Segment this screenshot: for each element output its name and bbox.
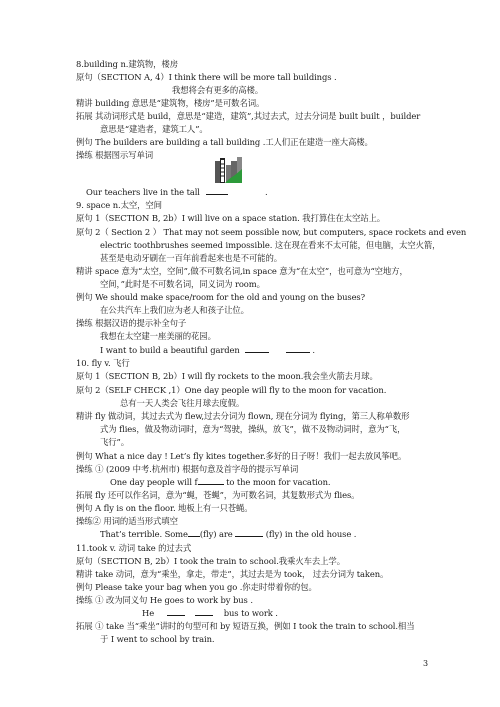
answer-blank[interactable] — [188, 528, 200, 537]
answer-blank[interactable] — [245, 344, 269, 353]
entry-10-explanation-cont: 式为 flies，做及物动词时，意为“驾驶，操纵，放飞”，做不及物动词时，意为“… — [100, 423, 405, 436]
entry-8-original-sentence: 原句（SECTION A, 4）I think there will be mo… — [76, 71, 337, 84]
entry-10-example-2: 例句 A fly is on the floor. 地板上有一只苍蝇。 — [76, 502, 253, 515]
entry-9-original-2-translation: 甚至是电动牙刷在一百年前看起来也是不可能的。 — [100, 252, 282, 265]
answer-blank[interactable] — [195, 607, 213, 616]
entry-8-extension: 拓展 其动词形式是 build，意思是“建造，建筑”,其过去式，过去分词是 bu… — [76, 110, 420, 123]
entry-10-extension: 拓展 fly 还可以作名词，意为“蝇，苍蝇”，为可数名词，其复数形式为 flie… — [76, 489, 359, 502]
entry-10-example-1: 例句 What a nice day ! Let’s fly kites tog… — [76, 450, 406, 463]
entry-11-extension: 拓展 ① take 当“乘坐”讲时的句型可和 by 短语互换，例如 I took… — [76, 620, 414, 633]
entry-10-original-2: 原句 2（SELF CHECK ,1）One day people will f… — [76, 384, 386, 397]
entry-10-exercise-1-label: 操练 ① (2009 中考.杭州市) 根据句意及首字母的提示写单词 — [76, 463, 298, 476]
entry-10-exercise-2-label: 操练② 用词的适当形式填空 — [76, 515, 178, 528]
entry-11-exercise: He bus to work . — [142, 607, 278, 620]
entry-10-exercise-1: One day people will f to the moon for va… — [110, 476, 330, 489]
entry-11-example: 例句 Please take your bag when you go .你走时… — [76, 581, 317, 594]
answer-blank[interactable] — [167, 607, 185, 616]
entry-9-original-2: 原句 2（ Section 2 ） That may not seem poss… — [76, 226, 466, 239]
entry-10-explanation: 精讲 fly 做动词，其过去式为 flew,过去分词为 flown, 现在分词为… — [76, 410, 409, 423]
entry-8-original-translation: 我想将会有更多的高楼。 — [172, 84, 263, 97]
entry-9-exercise-prompt: 我想在太空建一座美丽的花园。 — [100, 330, 216, 343]
entry-11-heading: 11.took v. 动词 take 的过去式 — [76, 542, 191, 555]
entry-8-explanation: 精讲 building 意思是“建筑物，楼房”是可数名词。 — [76, 97, 264, 110]
page-number: 3 — [423, 659, 428, 668]
entry-9-exercise-label: 操练 根据汉语的提示补全句子 — [76, 317, 186, 330]
entry-11-explanation: 精讲 take 动词，意为“乘坐，拿走，带走”，其过去是为 took， 过去分词… — [76, 568, 388, 581]
entry-8-exercise-label: 操练 根据图示写单词 — [76, 149, 153, 162]
answer-blank[interactable] — [235, 528, 263, 537]
tall-buildings-image — [213, 155, 243, 185]
entry-8-exercise: Our teachers live in the tall . — [86, 186, 268, 199]
entry-8-example: 例句 The builders are building a tall buil… — [76, 136, 373, 149]
entry-10-original-2-translation: 总有一天人类会飞往月球去度假。 — [120, 397, 244, 410]
answer-blank[interactable] — [198, 476, 224, 485]
entry-9-explanation-cont: 空间，”此时是不可数名词，同义词为 room。 — [100, 278, 265, 291]
entry-11-original: 原句（SECTION B, 2b）I took the train to sch… — [76, 555, 345, 568]
answer-blank[interactable] — [206, 186, 228, 195]
entry-11-exercise-label: 操练 ① 改为同义句 He goes to work by bus . — [76, 594, 253, 607]
entry-8-heading: 8.building n.建筑物，楼房 — [76, 58, 178, 71]
entry-9-explanation: 精讲 space 意为“太空，空间”,做不可数名词,in space 意为“在太… — [76, 265, 408, 278]
entry-9-example-translation: 在公共汽车上我们应为老人和孩子让位。 — [100, 304, 249, 317]
entry-9-exercise: I want to build a beautiful garden . — [100, 344, 315, 357]
entry-10-heading: 10. fly v. 飞行 — [76, 357, 130, 370]
entry-10-exercise-2: That’s terrible. Some(fly) are (fly) in … — [100, 528, 356, 541]
entry-10-explanation-cont-2: 飞行”。 — [100, 436, 129, 449]
entry-11-extension-cont: 于 I went to school by train. — [100, 633, 214, 646]
answer-blank[interactable] — [286, 344, 310, 353]
entry-9-example: 例句 We should make space/room for the old… — [76, 291, 365, 304]
entry-10-original-1: 原句 1（SECTION B, 2b）I will fly rockets to… — [76, 370, 378, 383]
entry-9-original-1: 原句 1（SECTION B, 2b）I will live on a spac… — [76, 212, 385, 225]
entry-8-extension-cont: 意思是“建造者，建筑工人”。 — [100, 123, 208, 136]
entry-9-original-2-cont: electric toothbrushes seemed impossible.… — [100, 239, 440, 252]
document-page: 8.building n.建筑物，楼房 原句（SECTION A, 4）I th… — [0, 0, 500, 707]
entry-9-heading: 9. space n.太空，空间 — [76, 199, 162, 212]
